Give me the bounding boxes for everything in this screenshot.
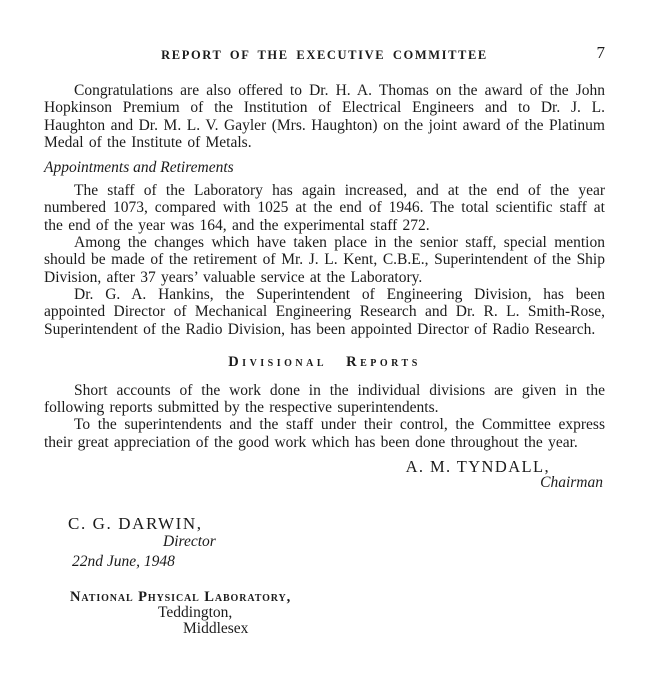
paragraph-kent-retirement: Among the changes which have taken place… [44,234,605,286]
closing-block: C. G. DARWIN, Director 22nd June, 1948 N… [44,515,605,636]
paragraph-staff-numbers: The staff of the Laboratory has again in… [44,182,605,234]
paragraph-short-accounts: Short accounts of the work done in the i… [44,382,605,417]
address-county: Middlesex [183,621,605,637]
address-institution: National Physical Laboratory, [70,590,605,605]
running-header: REPORT OF THE EXECUTIVE COMMITTEE 7 [44,46,605,64]
page-number: 7 [597,43,606,63]
closing-date: 22nd June, 1948 [72,553,605,571]
address-block: National Physical Laboratory, Teddington… [44,590,605,636]
section-heading-appointments: Appointments and Retirements [44,159,605,176]
paragraph-appreciation: To the superintendents and the staff und… [44,416,605,451]
chairman-signature-role: Chairman [44,475,605,490]
paragraph-congratulations: Congratulations are also offered to Dr. … [44,82,605,151]
address-town: Teddington, [158,605,605,621]
section-heading-divisional-reports: Divisional Reports [44,355,605,370]
director-signature-name: C. G. DARWIN, [68,515,605,533]
paragraph-hankins-smithrose: Dr. G. A. Hankins, the Superintendent of… [44,286,605,338]
chairman-signature-name: A. M. TYNDALL, [44,458,605,475]
document-page: REPORT OF THE EXECUTIVE COMMITTEE 7 Cong… [0,0,650,678]
director-signature-role: Director [163,533,605,550]
text-block: REPORT OF THE EXECUTIVE COMMITTEE 7 Cong… [44,46,605,636]
running-header-title: REPORT OF THE EXECUTIVE COMMITTEE [161,48,488,62]
